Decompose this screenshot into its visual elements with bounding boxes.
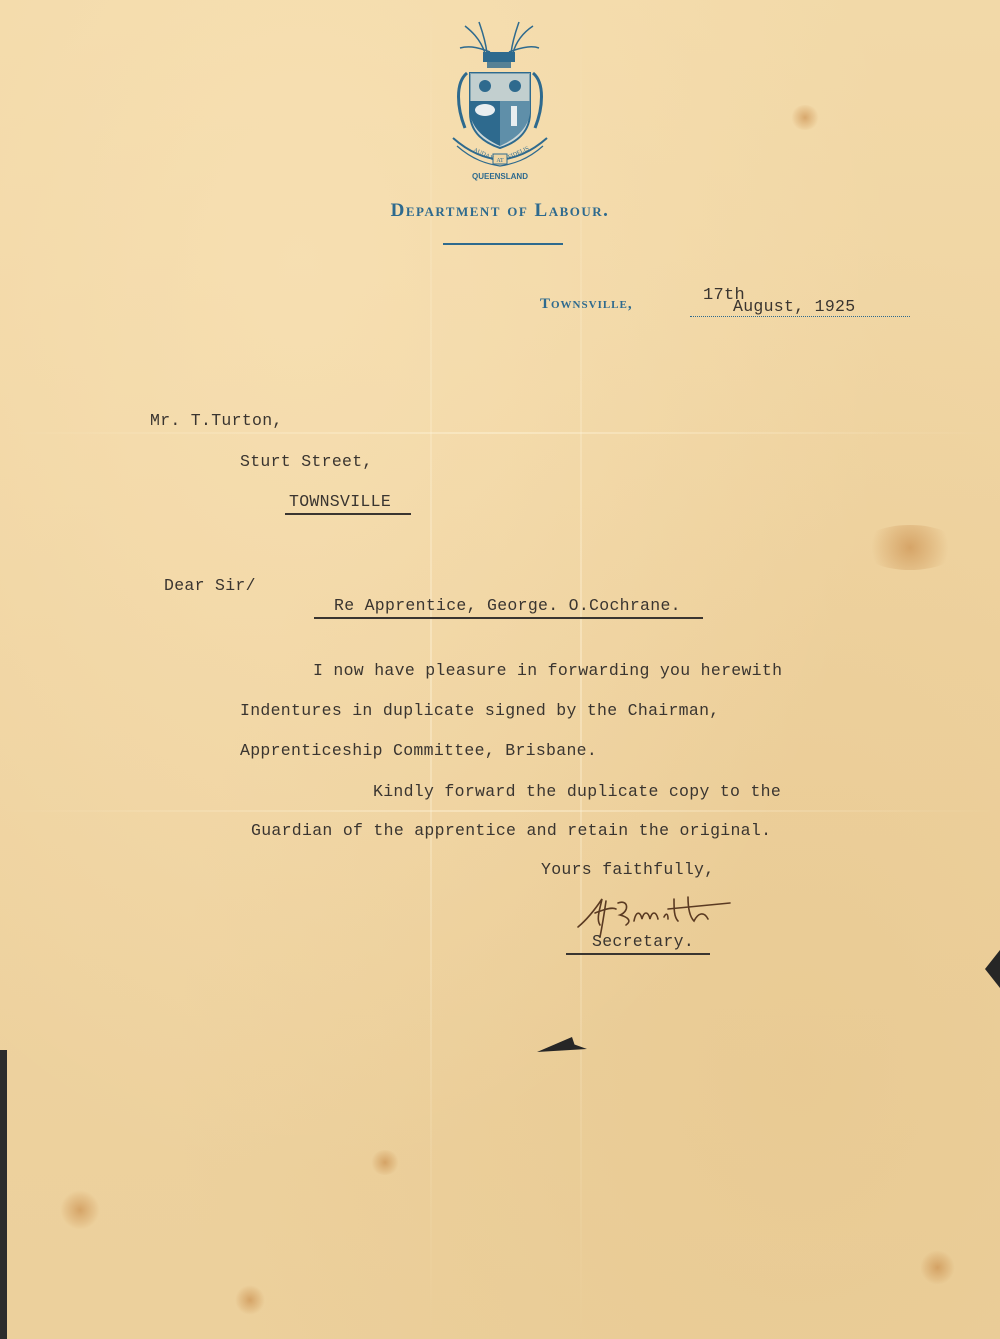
subject-line: Re Apprentice, George. O.Cochrane. xyxy=(314,596,703,619)
place-date-line: Townsville, 17th August, 1925 xyxy=(540,286,910,320)
foxing-stain xyxy=(235,1285,265,1315)
foxing-stain xyxy=(370,1150,400,1175)
date-dotted-line xyxy=(690,316,910,317)
recipient-name: Mr. T.Turton, xyxy=(150,411,283,430)
foxing-stain xyxy=(860,525,960,570)
body-line: Guardian of the apprentice and retain th… xyxy=(251,821,771,840)
recipient-city: TOWNSVILLE xyxy=(285,492,411,515)
queensland-coat-of-arms-icon: AT AUDAX FIDELIS QUEENSLAND xyxy=(445,18,555,183)
svg-text:A.J.Smith: A.J.Smith xyxy=(570,887,576,888)
scan-edge xyxy=(0,1050,7,1339)
foxing-stain xyxy=(790,105,820,130)
svg-text:AUDAX: AUDAX xyxy=(472,147,495,162)
letter-paper: AT AUDAX FIDELIS QUEENSLAND Department o… xyxy=(0,0,1000,1339)
svg-text:FIDELIS: FIDELIS xyxy=(507,146,530,161)
body-line: Indentures in duplicate signed by the Ch… xyxy=(240,701,719,720)
title-rule xyxy=(443,243,563,245)
svg-text:AT: AT xyxy=(496,158,504,164)
foxing-stain xyxy=(920,1250,955,1285)
svg-text:QUEENSLAND: QUEENSLAND xyxy=(472,172,528,181)
recipient-street: Sturt Street, xyxy=(240,452,373,471)
department-title: Department of Labour. xyxy=(0,200,1000,222)
body-line: I now have pleasure in forwarding you he… xyxy=(313,661,782,680)
signatory-title: Secretary. xyxy=(566,932,710,955)
body-line: Kindly forward the duplicate copy to the xyxy=(373,782,781,801)
body-line: Apprenticeship Committee, Brisbane. xyxy=(240,741,597,760)
place-name: Townsville, xyxy=(540,296,633,313)
closing: Yours faithfully, xyxy=(541,860,714,879)
foxing-stain xyxy=(60,1190,100,1230)
fold-line xyxy=(0,432,1000,434)
fold-line xyxy=(0,810,1000,812)
paper-tear xyxy=(985,950,1000,988)
date-month-year: August, 1925 xyxy=(733,297,855,316)
salutation: Dear Sir/ xyxy=(164,576,256,595)
